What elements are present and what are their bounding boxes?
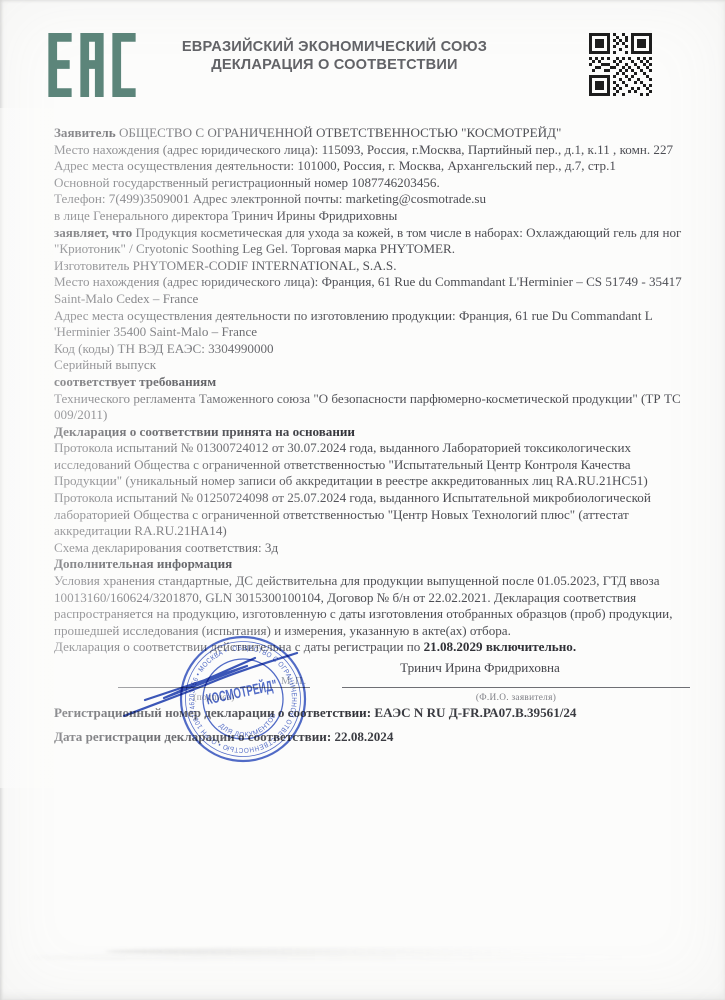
applicant-activity-address: Адрес места осуществления деятельности: … — [54, 158, 699, 175]
name-line — [342, 687, 690, 688]
manufacturer-location: Место нахождения (адрес юридического лиц… — [54, 274, 699, 307]
scan-smudge — [105, 948, 535, 955]
applicant-person: в лице Генерального директора Тринич Ири… — [54, 208, 699, 225]
applicant-ogrn: Основной государственный регистрационный… — [54, 175, 699, 192]
validity-value: 21.08.2029 включительно. — [424, 639, 576, 654]
title-union: ЕВРАЗИЙСКИЙ ЭКОНОМИЧЕСКИЙ СОЮЗ — [142, 39, 527, 57]
product-description: Продукция косметическая для ухода за кож… — [54, 225, 681, 257]
title-declaration: ДЕКЛАРАЦИЯ О СООТВЕТСТВИИ — [142, 57, 527, 75]
additional-label-text: Дополнительная информация — [54, 556, 232, 571]
protocol-2: Протокола испытаний № 01250724098 от 25.… — [54, 490, 699, 540]
complies-label-text: соответствует требованиям — [54, 374, 216, 389]
handwritten-signature — [100, 640, 312, 725]
manufacturer-activity: Адрес места осуществления деятельности п… — [54, 308, 699, 341]
applicant-name: ОБЩЕСТВО С ОГРАНИЧЕННОЙ ОТВЕТСТВЕННОСТЬЮ… — [119, 125, 561, 140]
scan-smudge-2 — [30, 955, 650, 960]
scheme: Схема декларирования соответствия: 3д — [54, 540, 699, 557]
regulation: Технического регламента Таможенного союз… — [54, 391, 699, 424]
document-title: ЕВРАЗИЙСКИЙ ЭКОНОМИЧЕСКИЙ СОЮЗ ДЕКЛАРАЦИ… — [142, 39, 527, 74]
tnved-code: Код (коды) ТН ВЭД ЕАЭС: 3304990000 — [54, 341, 699, 358]
additional-text: Условия хранения стандартные, ДС действи… — [54, 573, 699, 639]
basis-label-text: Декларация о соответствии принята на осн… — [54, 424, 355, 439]
protocol-1: Протокола испытаний № 01300724012 от 30.… — [54, 440, 699, 490]
release-type: Серийный выпуск — [54, 357, 699, 374]
basis-label: Декларация о соответствии принята на осн… — [54, 424, 699, 441]
qr-code — [589, 33, 652, 96]
declares-label: заявляет, что — [54, 225, 132, 240]
registration-date-line: Дата регистрации декларации о соответств… — [54, 729, 699, 746]
applicant-contacts: Телефон: 7(499)3509001 Адрес электронной… — [54, 191, 699, 208]
registration-number-value: ЕАЭС N RU Д-FR.РА07.В.39561/24 — [374, 705, 576, 720]
applicant-label: Заявитель — [54, 125, 116, 140]
applicant-location: Место нахождения (адрес юридического лиц… — [54, 142, 699, 159]
product-line: заявляет, что Продукция косметическая дл… — [54, 225, 699, 258]
manufacturer-line: Изготовитель PHYTOMER-CODIF INTERNATIONA… — [54, 258, 699, 275]
name-caption: (Ф.И.О. заявителя) — [416, 690, 616, 707]
additional-label: Дополнительная информация — [54, 556, 699, 573]
declaration-page: ЕВРАЗИЙСКИЙ ЭКОНОМИЧЕСКИЙ СОЮЗ ДЕКЛАРАЦИ… — [0, 0, 725, 1000]
complies-label: соответствует требованиям — [54, 374, 699, 391]
applicant-line: Заявитель ОБЩЕСТВО С ОГРАНИЧЕННОЙ ОТВЕТС… — [54, 125, 699, 142]
signatory-name: Тринич Ирина Фридриховна — [330, 660, 630, 677]
eac-logo — [47, 33, 137, 97]
registration-date-value: 22.08.2024 — [334, 729, 393, 744]
